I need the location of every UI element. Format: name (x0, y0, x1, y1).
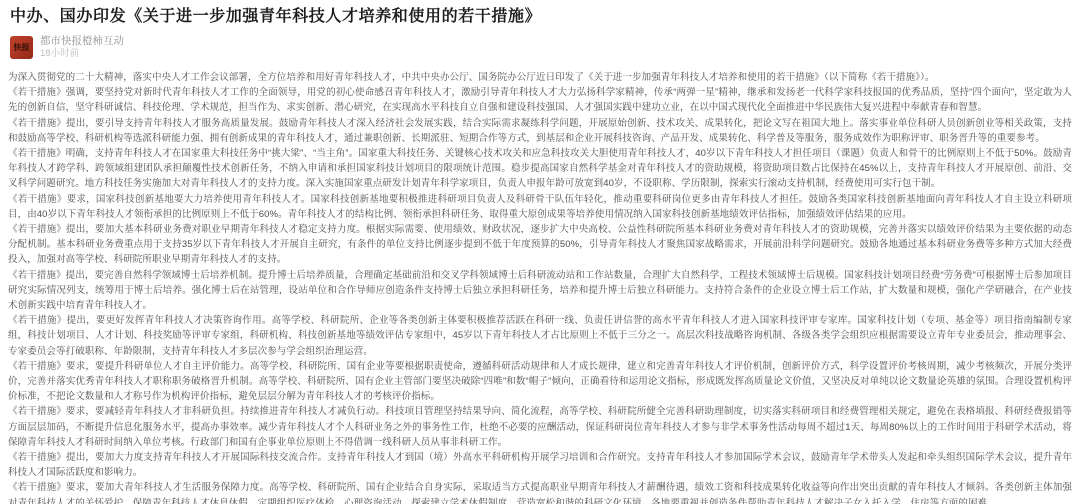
byline: 快报 都市快报橙柿互动 18小时前 (10, 34, 1070, 60)
article-body: 为深入贯彻党的二十大精神，落实中央人才工作会议部署，全方位培养和用好青年科技人才… (0, 68, 1080, 504)
paragraph-international: 《若干措施》提出，要加大力度支持青年科技人才开展国际科技交流合作。支持青年科技人… (8, 450, 1072, 480)
paragraph-service: 《若干措施》提出，要引导支持青年科技人才服务高质量发展。鼓励青年科技人才深入经济… (8, 116, 1072, 146)
publisher-avatar[interactable]: 快报 (10, 36, 33, 59)
article-page: 中办、国办印发《关于进一步加强青年科技人才培养和使用的若干措施》 快报 都市快报… (0, 0, 1080, 504)
paragraph-postdoc: 《若干措施》提出，要完善自然科学领域博士后培养机制。提升博士后培养质量，合理确定… (8, 268, 1072, 314)
paragraph-consulting: 《若干措施》提出，要更好发挥青年科技人才决策咨询作用。高等学校、科研院所、企业等… (8, 313, 1072, 359)
paragraph-burden-reduction: 《若干措施》要求，要减轻青年科技人才非科研负担。持续推进青年科技人才减负行动。科… (8, 404, 1072, 450)
paragraph-innovation-bases: 《若干措施》要求，国家科技创新基地要大力培养使用青年科技人才。国家科技创新基地要… (8, 192, 1072, 222)
paragraph-living-support: 《若干措施》要求，要加大青年科技人才生活服务保障力度。高等学校、科研院所、国有企… (8, 480, 1072, 504)
paragraph-evaluation: 《若干措施》要求，要提升科研单位人才自主评价能力。高等学校、科研院所、国有企业等… (8, 359, 1072, 405)
paragraph-major-tasks: 《若干措施》明确，支持青年科技人才在国家重大科技任务中“挑大梁”、“当主角”。国… (8, 146, 1072, 192)
publisher-meta: 都市快报橙柿互动 18小时前 (40, 35, 124, 60)
publish-time: 18小时前 (40, 49, 124, 60)
paragraph-research-funds: 《若干措施》提出，要加大基本科研业务费对职业早期青年科技人才稳定支持力度。根据实… (8, 222, 1072, 268)
paragraph-emphasis: 《若干措施》强调，要坚持党对新时代青年科技人才工作的全面领导，用党的初心使命感召… (8, 85, 1072, 115)
paragraph-intro: 为深入贯彻党的二十大精神，落实中央人才工作会议部署，全方位培养和用好青年科技人才… (8, 70, 1072, 85)
publisher-name[interactable]: 都市快报橙柿互动 (40, 35, 124, 47)
article-title: 中办、国办印发《关于进一步加强青年科技人才培养和使用的若干措施》 (10, 7, 1070, 27)
